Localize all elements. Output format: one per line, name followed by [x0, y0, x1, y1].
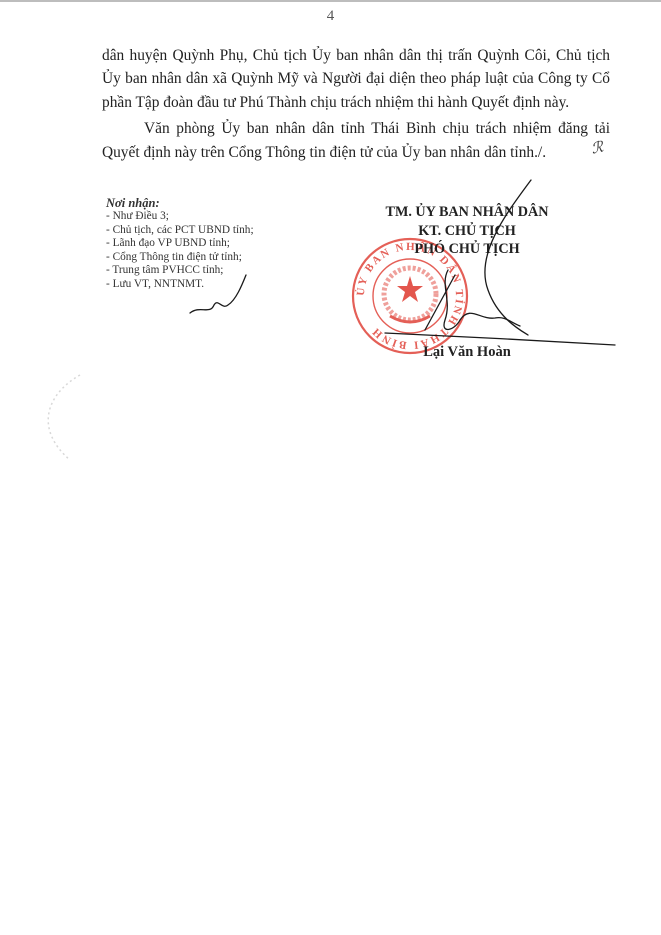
recipient-item: - Lãnh đạo VP UBND tỉnh; [106, 237, 254, 251]
recipient-item: - Trung tâm PVHCC tỉnh; [106, 264, 254, 278]
scan-artifact-icon [30, 370, 90, 465]
recipients-block: Nơi nhận: - Như Điều 3; - Chủ tịch, các … [106, 196, 254, 292]
recipient-item: - Cổng Thông tin điện tử tỉnh; [106, 251, 254, 265]
document-body: dân huyện Quỳnh Phụ, Chủ tịch Ủy ban nhâ… [102, 44, 610, 165]
recipients-heading: Nơi nhận: [106, 196, 254, 210]
signature-block: TM. ỦY BAN NHÂN DÂN KT. CHỦ TỊCH PHÓ CHỦ… [367, 203, 567, 259]
signature-line-1: TM. ỦY BAN NHÂN DÂN [367, 203, 567, 222]
body-paragraph-2: Văn phòng Ủy ban nhân dân tỉnh Thái Bình… [102, 117, 610, 165]
signature-line-3: PHÓ CHỦ TỊCH [367, 240, 567, 259]
signature-line-2: KT. CHỦ TỊCH [367, 222, 567, 241]
signer-name: Lại Văn Hoàn [367, 344, 567, 361]
page-number: 4 [0, 8, 661, 25]
recipient-item: - Như Điều 3; [106, 210, 254, 224]
page-top-border [0, 0, 661, 2]
body-paragraph-1: dân huyện Quỳnh Phụ, Chủ tịch Ủy ban nhâ… [102, 44, 610, 114]
recipient-item: - Lưu VT, NNTNMT. [106, 278, 254, 292]
recipient-item: - Chủ tịch, các PCT UBND tỉnh; [106, 224, 254, 238]
body-paragraph-2-text: Văn phòng Ủy ban nhân dân tỉnh Thái Bình… [102, 120, 610, 160]
initial-mark-icon: ℛ [548, 136, 606, 170]
